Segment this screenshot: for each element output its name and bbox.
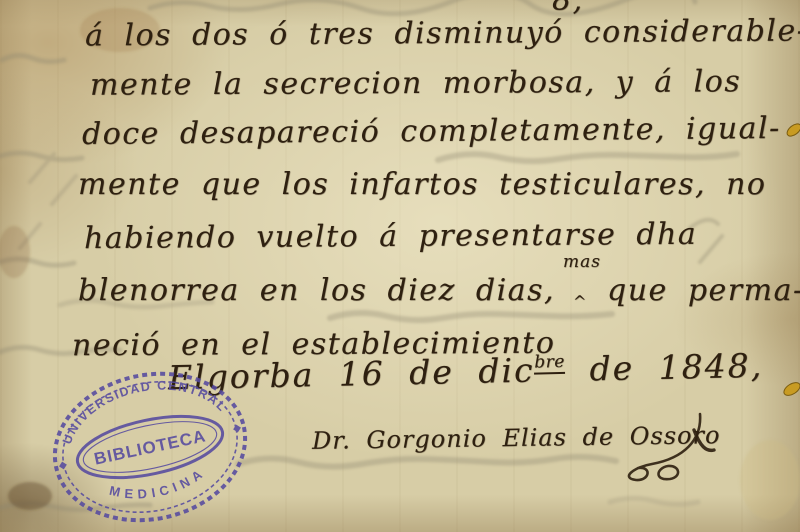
manuscript-line: mente la secrecion morbosa, y á los [90,64,741,102]
manuscript-line: blenorrea en los diez dias,mas^que perma… [78,273,800,308]
stamp-arc-bottom-text: MEDICINA [105,463,211,510]
svg-text:MEDICINA: MEDICINA [105,463,211,510]
dateline-year: de 1848, [565,346,764,389]
manuscript-line-text: blenorrea en los diez dias, [78,273,555,308]
manuscript-line: á los dos ó tres disminuyó considerable- [85,13,800,53]
stamp-inner-oval-line [79,412,221,482]
gold-fleck [782,122,800,398]
insertion-caret-mark: ^ [573,292,588,311]
manuscript-line: habiendo vuelto á presentarse dha [84,217,697,256]
signature: Dr. Gorgonio Elias de Ossoro [312,421,721,455]
interlinear-insertion: mas^ [555,298,607,300]
manuscript-line-text: que perma- [607,273,800,308]
manuscript-line: doce desapareció completamente, igual- [82,111,781,152]
insertion-word: mas [563,252,601,272]
stamp-left-star [58,461,67,470]
manuscript-line: mente que los infartos testiculares, no [78,167,766,202]
dateline-month-abbrev: bre [534,352,565,375]
manuscript-page: 8, á los dos ó tres disminuyó considerab… [0,0,800,532]
stamp-inner-oval [72,405,228,489]
dateline-place-day: Elgorba 16 de dic [168,351,535,398]
stamp-right-star [232,424,241,433]
stamp-center-text: BIBLIOTECA [92,426,207,468]
